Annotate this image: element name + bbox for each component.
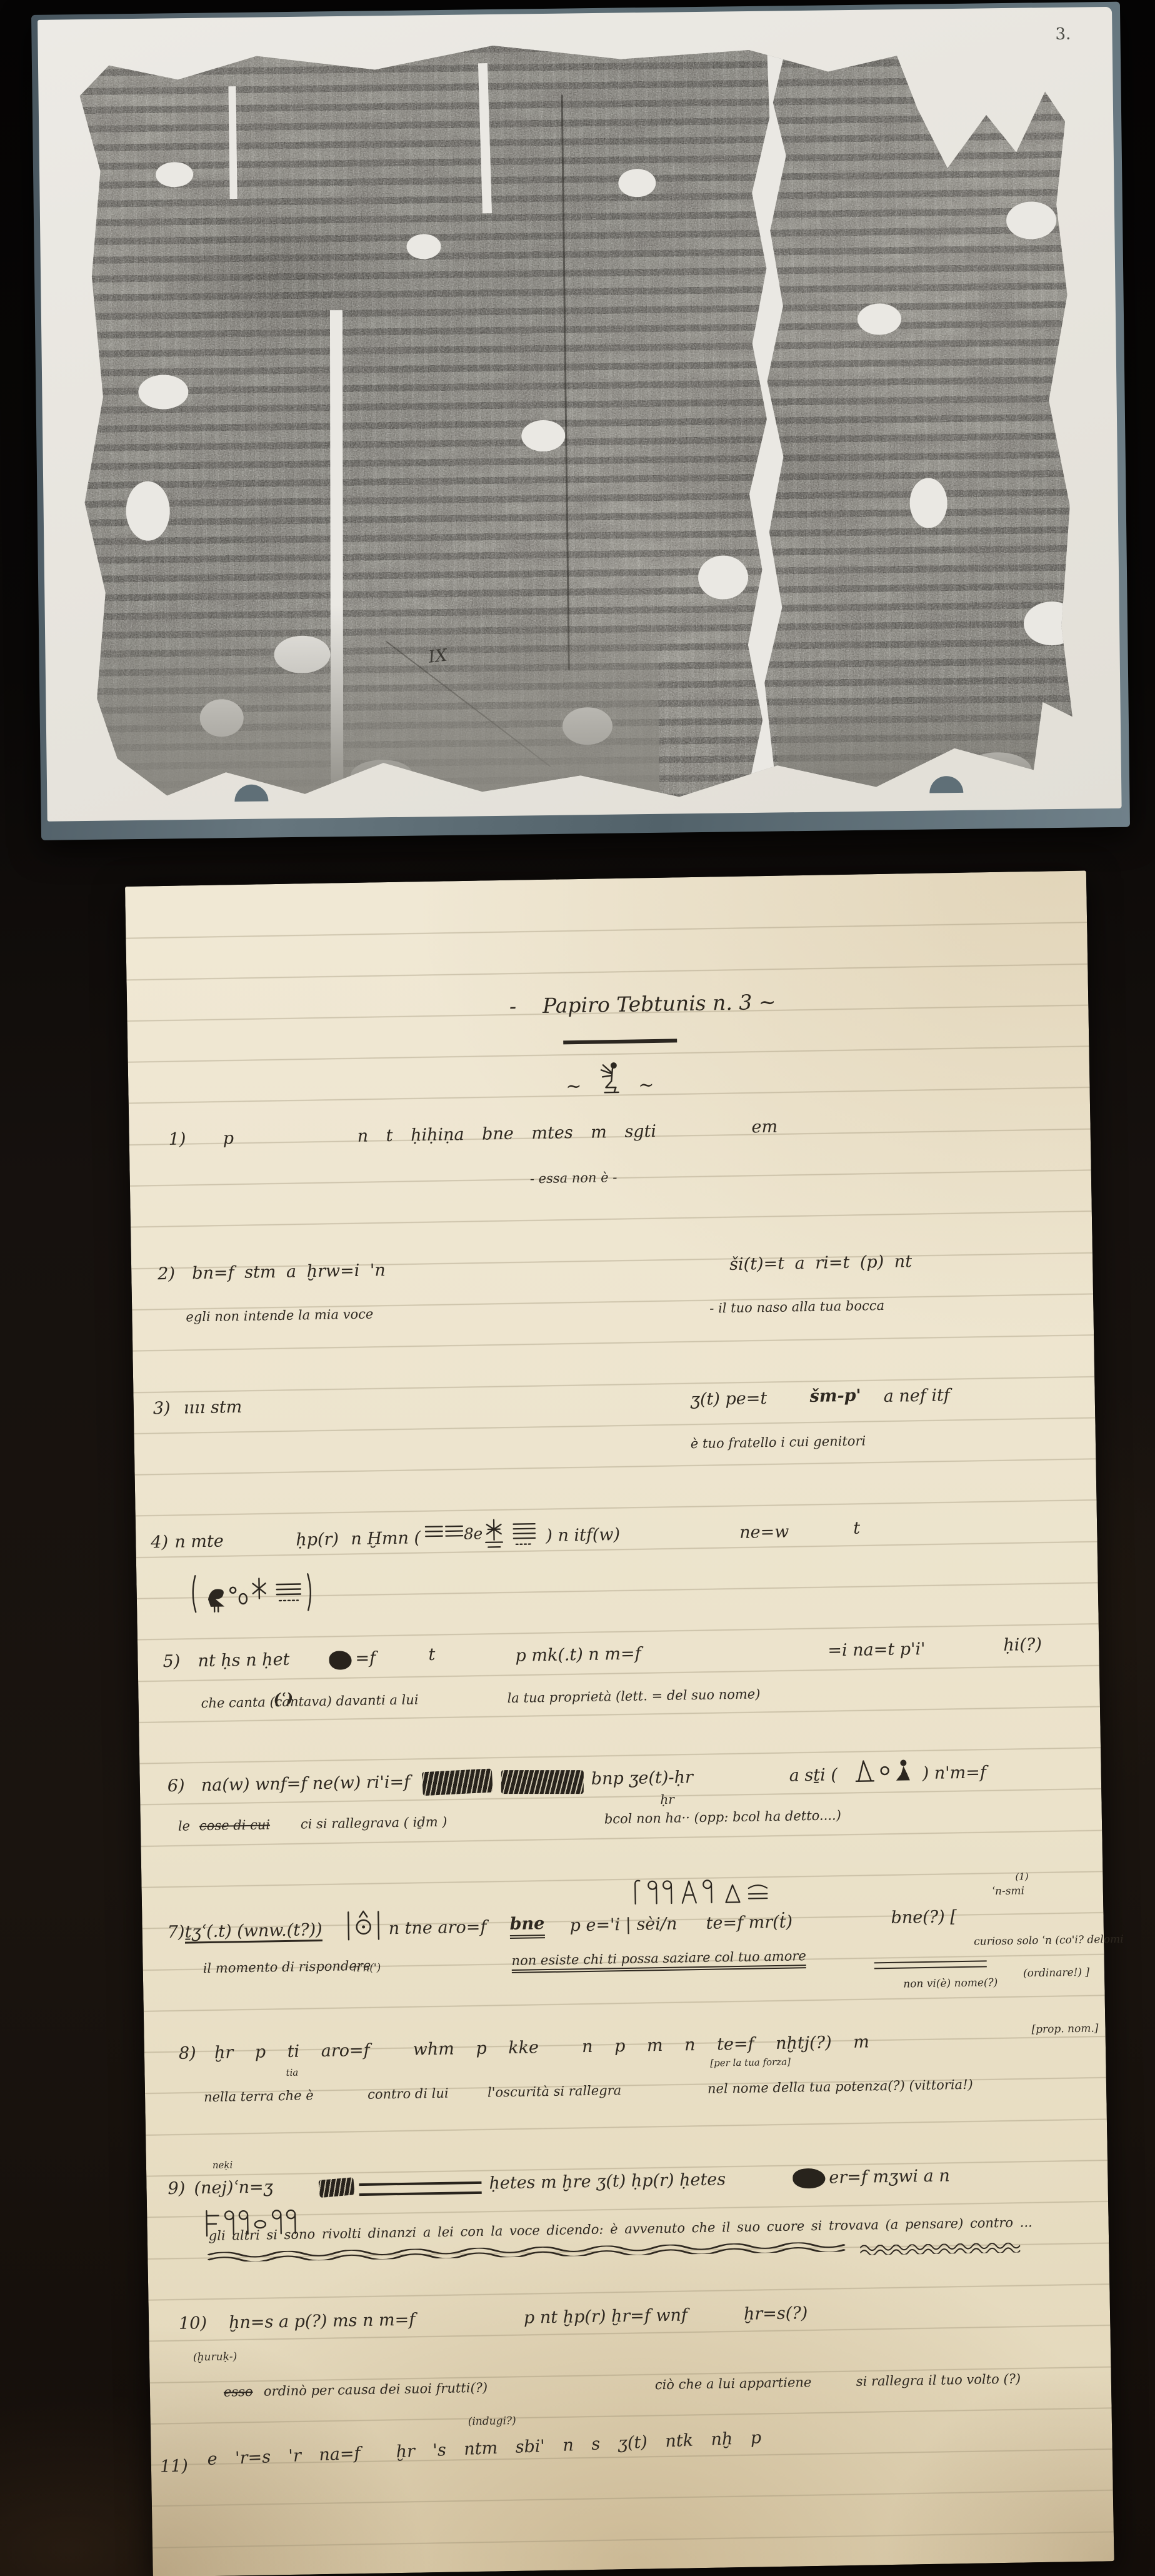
entry-8-gloss-sup: tia (286, 2067, 298, 2078)
circle-sign-icon (343, 1908, 384, 1943)
lacuna (698, 555, 749, 600)
entry-5-gloss: la tua proprietà (lett. = del suo nome) (507, 1686, 760, 1706)
blank-lower-area-right (776, 687, 1073, 795)
lacuna (618, 169, 656, 198)
entry-2-frag: bn=f stm a ḫrw=i 'n (192, 1260, 386, 1283)
photo-mount: 3. (37, 7, 1122, 822)
entry-5-frag: =f (355, 1649, 376, 1669)
entry-1-frag: p (222, 1129, 234, 1148)
entry-5-frag: =i na=t p'i' (827, 1639, 926, 1661)
column-divider-line (561, 95, 570, 670)
entry-4-frag: n mte (174, 1532, 224, 1552)
entry-3-frag: ıııı stm (184, 1397, 242, 1418)
entry-10-gloss-sub: (indugi?) (468, 2415, 516, 2428)
kneeling-man-hieroglyph-icon (599, 1060, 625, 1097)
entry-3-number: 3) (153, 1399, 171, 1418)
entry-7-note: ʿn-smi (992, 1884, 1025, 1898)
entry-7-note: [prop. nom.] (1031, 2022, 1098, 2036)
entry-5-frag: t (428, 1645, 435, 1664)
entry-8-gloss-sup: [per la tua forza] (710, 2056, 791, 2069)
entry-2-frag: ši(t)=t a ri=t (p) nt (729, 1252, 912, 1274)
papyrus-photo-board: 3. (31, 2, 1130, 840)
lacuna (1024, 601, 1081, 646)
entry-1-frag: em (751, 1117, 777, 1137)
entry-9-gloss: gli altri si sono rivolti dinanzi a lei … (209, 2215, 1032, 2243)
entry-8-gloss: nel nome della tua potenza(?) (vittoria!… (707, 2077, 973, 2096)
entry-10-frag: ḫr=s(?) (744, 2303, 808, 2324)
hieroglyph-8e-label: 8e (464, 1524, 483, 1542)
entry-4-frag: n Ḫmn ( (351, 1528, 421, 1549)
wavy-underline (207, 2241, 845, 2262)
entry-8-gloss: contro di lui (367, 2086, 449, 2102)
entry-6-gloss: bcol non ha·· (opp: bcol ha detto....) (604, 1808, 841, 1826)
lacuna (406, 234, 441, 259)
entry-5-number: 5) (162, 1652, 180, 1671)
entry-8-gloss: l'oscurità si rallegra (487, 2083, 622, 2100)
entry-4-frag: t (853, 1519, 860, 1538)
crack (228, 86, 237, 199)
lacuna (126, 481, 170, 541)
entry-11-number: 11) (159, 2456, 188, 2477)
entry-1-number: 1) (168, 1129, 186, 1149)
entry-10-gloss: ciò che a lui appartiene (655, 2375, 812, 2392)
entry-10-number: 10) (179, 2313, 207, 2333)
entry-7-frag-underlined: bne (509, 1914, 544, 1939)
entry-5-frag: nt ḥs n ḥet (197, 1650, 289, 1671)
entry-10-frag: ḫn=s a p(?) ms n m=f (229, 2310, 416, 2333)
hieroglyph-group-icon: 8e (424, 1515, 544, 1554)
entry-10-gloss: ordinò per causa dei suoi frutti(?) (264, 2380, 488, 2399)
entry-9-frag: ḥetes m ḫre ʒ(t) ḥp(r) ḥetes (489, 2170, 726, 2193)
title-underline (563, 1039, 677, 1044)
entry-10-subnote: (ḫuruḳ-) (193, 2350, 237, 2363)
entry-3-frag: ʒ(t) pe=t (690, 1389, 767, 1409)
entry-6-gloss: ci si rallegrava ( iḏm ) (301, 1814, 447, 1832)
lacuna (909, 478, 947, 528)
vertical-gap-crack (747, 42, 787, 795)
tilde-right: ~ (638, 1074, 654, 1096)
entry-2-gloss: - il tuo naso alla tua bocca (709, 1298, 884, 1316)
entry-7-number: 7) (167, 1923, 184, 1942)
mount-clip-notch (929, 776, 963, 793)
entry-10-gloss: si rallegra il tuo volto (?) (856, 2372, 1021, 2389)
lacuna (156, 162, 193, 188)
entry-6-gloss-struck: cose di cui (199, 1817, 271, 1833)
tilde-left: ~ (566, 1075, 582, 1097)
entry-4-frag: ) n itf(w) (546, 1525, 620, 1546)
entry-3-frag-bold: šm-p' (809, 1386, 861, 1406)
transcription-sheet: - Papiro Tebtunis n. 3 ~ ~ ~ 1) p n t ḥi… (125, 871, 1114, 2576)
entry-6-frag: na(w) wnf=f ne(w) ri'i=f (201, 1773, 411, 1796)
hieroglyph-group-icon (853, 1755, 919, 1786)
entry-10-frag: p nt ḫp(r) ḫr=f wnf (524, 2305, 687, 2327)
entry-10-gloss-struck: esso (224, 2384, 253, 2400)
blank-lower-area (86, 601, 660, 804)
entry-6-frag: a sṯi ( (789, 1765, 837, 1785)
plate-mark: IX (427, 645, 448, 667)
entry-7-note-sup: (1) (1015, 1871, 1029, 1882)
crack (478, 63, 492, 213)
entry-7-gloss: il momento di rispondere (203, 1958, 371, 1976)
entry-5-frag: p mk(.t) n m=f (515, 1644, 641, 1665)
entry-3-gloss: è tuo fratello i cui genitori (691, 1433, 866, 1451)
mount-clip-notch (234, 784, 268, 802)
entry-8-gloss: nella terra che è (204, 2088, 314, 2105)
hieratic-sign-row-icon (629, 1876, 773, 1906)
entry-9-number: 9) (167, 2179, 185, 2198)
ink-blot (329, 1651, 351, 1670)
entry-4-frag: ḥp(r) (296, 1529, 339, 1549)
ink-blot (792, 2168, 826, 2189)
entry-4-frag: ne=w (739, 1522, 789, 1542)
entry-1-frag: n t ḥiḥiṇa bne mtes m sgti (357, 1122, 656, 1146)
entry-9-sup: neḳi (212, 2159, 233, 2171)
lacuna (1006, 201, 1057, 239)
entry-7-gloss-underlined: non esiste chi ti possa saziare col tuo … (511, 1948, 806, 1973)
scribbled-out-word (422, 1769, 493, 1796)
entry-8-number: 8) (179, 2043, 196, 2063)
entry-2-gloss: egli non intende la mia voce (186, 1307, 373, 1325)
entry-7-frag: ṯʒʿ(.t) (wnw.(t?)) (184, 1920, 322, 1944)
entry-6-number: 6) (167, 1776, 185, 1796)
entry-7-note: (ordinare!) ] (1023, 1966, 1089, 1980)
entry-11-frag: e 'r=s 'r na=f ḫr 's ntm sbi' n s ʒ(t) n… (207, 2428, 762, 2469)
entry-5-frag: ḥi(?) (1003, 1635, 1042, 1655)
entry-1-gloss: - essa non è - (530, 1170, 617, 1186)
entry-7-frag: p e='i | sèi/n (569, 1914, 677, 1936)
entry-7-note: non vi(è) nome(?) (903, 1976, 997, 1991)
scribbled-out-word (318, 2177, 354, 2198)
entry-9-frag: er=f mʒwi a n (829, 2166, 950, 2187)
entry-9-frag: (nej)ʿn=ʒ (194, 2177, 273, 2198)
entry-6-frag: ) n'm=f (922, 1763, 986, 1783)
lacuna (857, 303, 902, 335)
scribbled-out-word (501, 1770, 584, 1794)
entry-4-number: 4) (151, 1532, 168, 1552)
wavy-underline (860, 2243, 1020, 2255)
entry-6-gloss: le (178, 1818, 191, 1833)
entry-6-frag: bnp ʒe(t)-ḥr (591, 1768, 694, 1789)
entry-5-gloss: che canta (cantava) davanti a lui (201, 1692, 418, 1711)
papyrus-fragment: IX (79, 39, 1074, 804)
entry-3-frag: a nef itf (883, 1386, 950, 1406)
page-number: 3. (1055, 25, 1071, 44)
sheet-title: - Papiro Tebtunis n. 3 ~ (496, 989, 790, 1019)
entry-7-frag: te=f mr(ṫ) (706, 1913, 792, 1933)
lacuna (138, 375, 189, 410)
entry-7-note: curioso solo ʿn (co'i? delomi (974, 1933, 1124, 1948)
entry-7-frag: bne(?) [ (891, 1907, 957, 1928)
lacuna (521, 420, 566, 452)
underline-continuation (874, 1960, 987, 1969)
double-dash (359, 2181, 481, 2196)
entry-7-frag: n tne aro=f (388, 1918, 486, 1939)
entry-2-number: 2) (157, 1264, 175, 1284)
entry-6-subnote: ḥr (660, 1792, 674, 1807)
hieroglyph-group-below-icon (189, 1570, 314, 1616)
